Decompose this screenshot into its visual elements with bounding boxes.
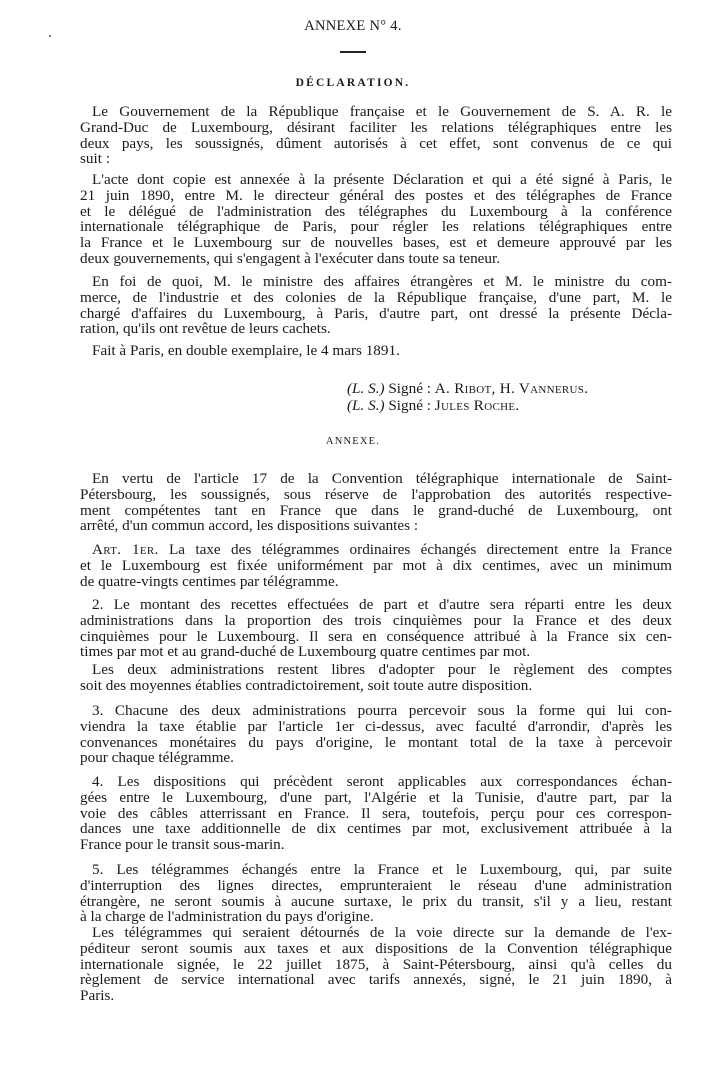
declaration-date-line: Fait à Paris, en double exemplaire, le 4… xyxy=(80,343,672,359)
text-line: et le Luxembourg est fixée uniformément … xyxy=(80,558,672,574)
text-line: Paris. xyxy=(80,988,672,1004)
text-line: gées entre le Luxembourg, d'une part, l'… xyxy=(80,790,672,806)
text-line: chargé d'affaires du Luxembourg, à Paris… xyxy=(80,306,672,322)
signed-label: Signé : xyxy=(388,397,431,414)
text-line: à la charge de l'administration du pays … xyxy=(80,909,672,925)
text-line: ment compétentes tant en France que dans… xyxy=(80,503,672,519)
text-line: étrangère, ne seront soumis à aucune sur… xyxy=(80,894,672,910)
text-line: 21 juin 1890, entre M. le directeur géné… xyxy=(80,188,672,204)
declaration-paragraph-3: En foi de quoi, M. le ministre des affai… xyxy=(80,274,672,337)
heading-annexe: ANNEXE. xyxy=(0,436,706,447)
article-2: 2. Le montant des recettes effectuées de… xyxy=(80,597,672,660)
text-line: et le délégué de l'administration des té… xyxy=(80,204,672,220)
text-line: times par mot et au grand-duché de Luxem… xyxy=(80,644,672,660)
signatory-names: A. Ribot, H. Vannerus. xyxy=(435,380,589,397)
text-line: péditeur seront soumis aux taxes et aux … xyxy=(80,941,672,957)
document-page: ANNEXE N° 4. DÉCLARATION. Le Gouvernemen… xyxy=(0,0,706,1082)
text-line: d'interruption des lignes directes, empr… xyxy=(80,878,672,894)
article-lead: Art. 1er. xyxy=(92,541,159,558)
text-line: dances une taxe additionnelle de dix cen… xyxy=(80,821,672,837)
text-line: deux pays, les soussignés, dûment autori… xyxy=(80,136,672,152)
text-line: En vertu de l'article 17 de la Conventio… xyxy=(80,471,672,487)
text-line: 4. Les dispositions qui précèdent seront… xyxy=(80,774,672,790)
text-fragment: La taxe des télégrammes ordinaires échan… xyxy=(169,541,672,558)
text-line: soit des moyennes établies contradictoir… xyxy=(80,678,672,694)
signed-label: Signé : xyxy=(388,380,431,397)
text-line: règlement de service international avec … xyxy=(80,972,672,988)
text-line: France pour le transit sous-marin. xyxy=(80,837,672,853)
text-line: Fait à Paris, en double exemplaire, le 4… xyxy=(80,343,672,359)
annexe-preamble: En vertu de l'article 17 de la Conventio… xyxy=(80,471,672,534)
text-line: ration, qu'ils ont revêtue de leurs cach… xyxy=(80,321,672,337)
heading-declaration: DÉCLARATION. xyxy=(0,77,706,89)
article-5: 5. Les télégrammes échangés entre la Fra… xyxy=(80,862,672,925)
text-line: En foi de quoi, M. le ministre des affai… xyxy=(80,274,672,290)
declaration-paragraph-1: Le Gouvernement de la République françai… xyxy=(80,104,672,167)
text-line: administrations dans la proportion des t… xyxy=(80,613,672,629)
text-line: Pétersbourg, les soussignés, sous réserv… xyxy=(80,487,672,503)
text-line: Les deux administrations restent libres … xyxy=(80,662,672,678)
seal-mark: (L. S.) xyxy=(347,380,385,397)
text-line: convenances monétaires du pays d'origine… xyxy=(80,735,672,751)
text-line: Le Gouvernement de la République françai… xyxy=(80,104,672,120)
text-line: voie des câbles atterrissant en France. … xyxy=(80,806,672,822)
text-line: pour chaque télégramme. xyxy=(80,750,672,766)
title-rule xyxy=(340,51,366,53)
text-line: Art. 1er. La taxe des télégrammes ordina… xyxy=(80,542,672,558)
text-line: de quatre-vingts centimes par télégramme… xyxy=(80,574,672,590)
article-3: 3. Chacune des deux administrations pour… xyxy=(80,703,672,766)
text-line: la France et le Luxembourg sur de nouvel… xyxy=(80,235,672,251)
text-line: L'acte dont copie est annexée à la prése… xyxy=(80,172,672,188)
signature-2: (L. S.) Signé : Jules Roche. xyxy=(347,397,519,414)
article-5-continuation: Les télégrammes qui seraient détournés d… xyxy=(80,925,672,1004)
declaration-paragraph-2: L'acte dont copie est annexée à la prése… xyxy=(80,172,672,267)
text-line: 5. Les télégrammes échangés entre la Fra… xyxy=(80,862,672,878)
text-line: internationale télégraphique de Paris, p… xyxy=(80,219,672,235)
text-line: Les télégrammes qui seraient détournés d… xyxy=(80,925,672,941)
signatory-names: Jules Roche. xyxy=(435,397,520,414)
text-line: Grand-Duc de Luxembourg, désirant facili… xyxy=(80,120,672,136)
article-2-continuation: Les deux administrations restent libres … xyxy=(80,662,672,694)
text-line: viendra la taxe établie par l'article 1e… xyxy=(80,719,672,735)
signature-1: (L. S.) Signé : A. Ribot, H. Vannerus. xyxy=(347,380,588,397)
text-line: deux gouvernements, qui s'engagent à l'e… xyxy=(80,251,672,267)
text-line: arrêté, d'un commun accord, les disposit… xyxy=(80,518,672,534)
text-line: 3. Chacune des deux administrations pour… xyxy=(80,703,672,719)
text-line: cinquièmes pour le Luxembourg. Il sera e… xyxy=(80,629,672,645)
text-line: suit : xyxy=(80,151,672,167)
stray-mark xyxy=(49,35,51,37)
text-line: internationale signée, le 22 juillet 187… xyxy=(80,957,672,973)
seal-mark: (L. S.) xyxy=(347,397,385,414)
article-1: Art. 1er. La taxe des télégrammes ordina… xyxy=(80,542,672,589)
text-line: 2. Le montant des recettes effectuées de… xyxy=(80,597,672,613)
text-line: merce, de l'industrie et des colonies de… xyxy=(80,290,672,306)
annex-title: ANNEXE N° 4. xyxy=(0,18,706,35)
article-4: 4. Les dispositions qui précèdent seront… xyxy=(80,774,672,853)
